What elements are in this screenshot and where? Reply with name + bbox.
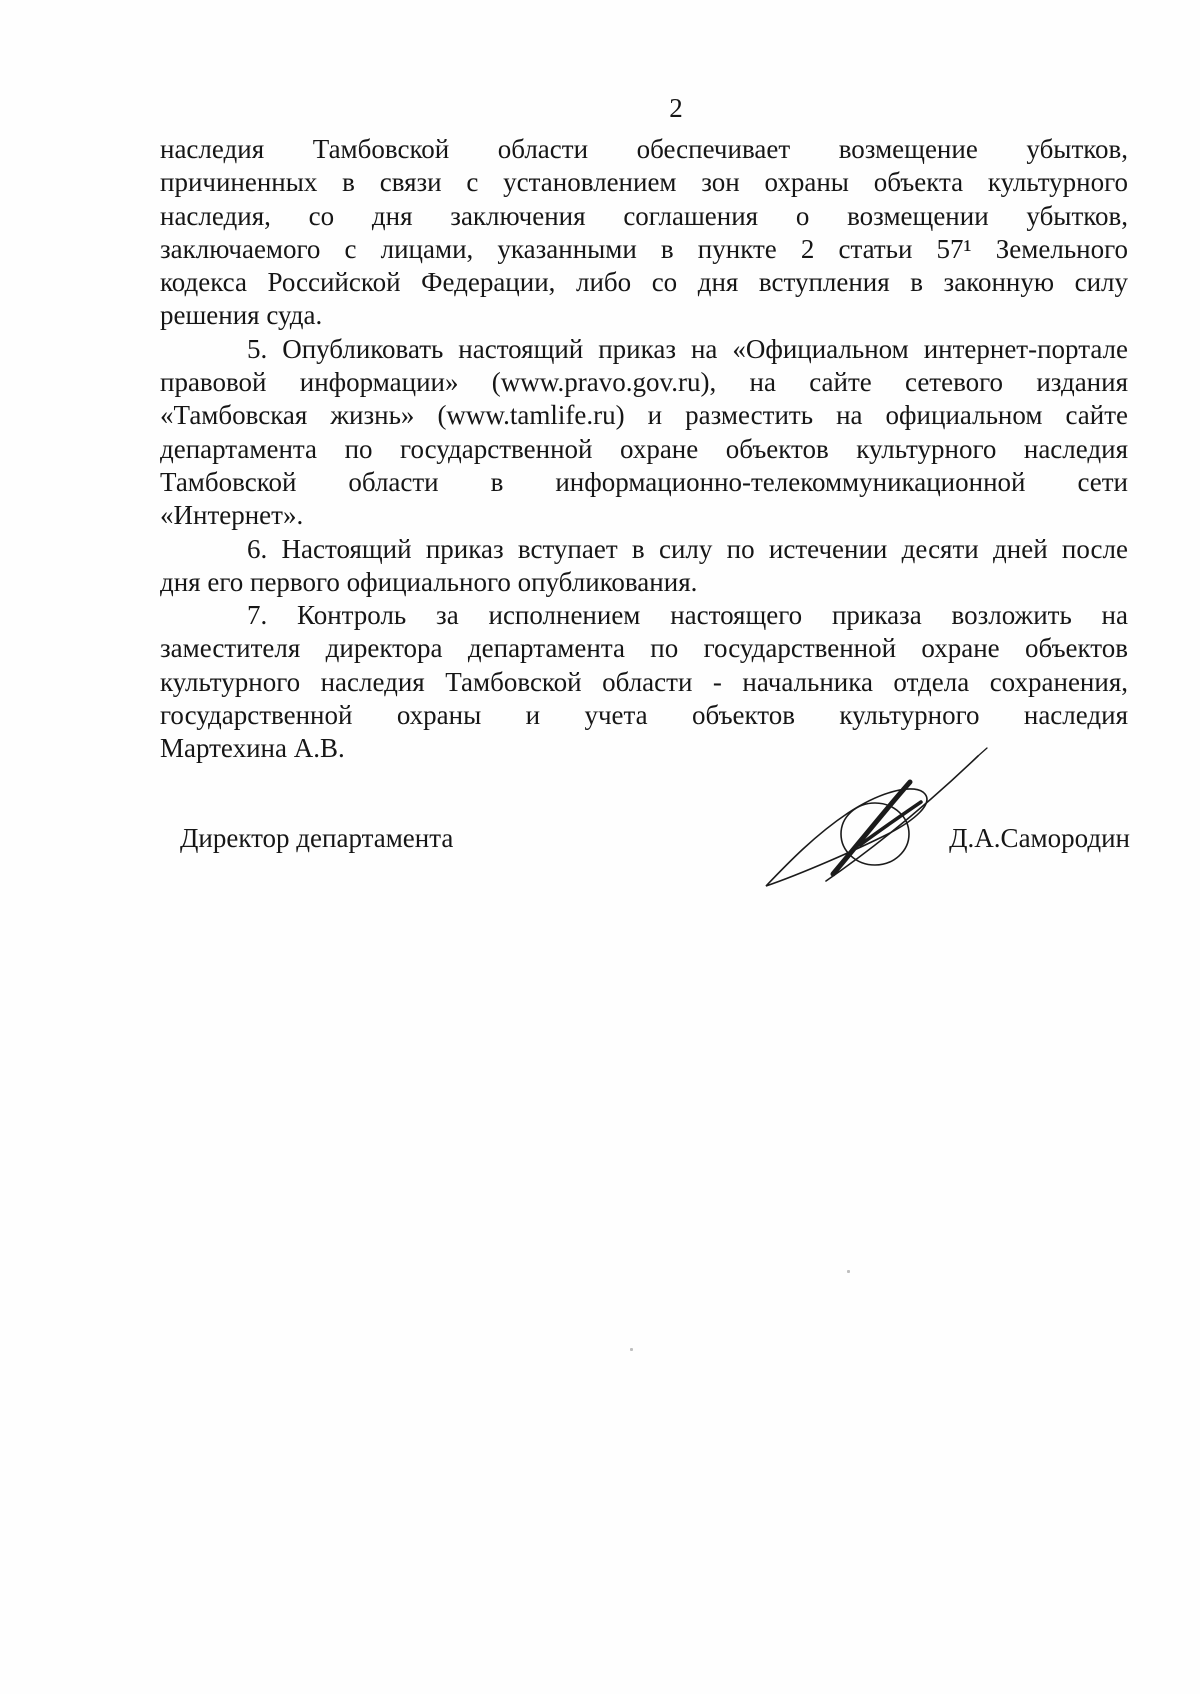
text-line: Тамбовской области в информационно-телек… [160,466,1128,499]
text-line: причиненных в связи с установлением зон … [160,166,1128,199]
text-line: 6. Настоящий приказ вступает в силу по и… [160,533,1128,566]
document-page: 2 наследия Тамбовской области обеспечива… [0,0,1200,1694]
text-line: департамента по государственной охране о… [160,433,1128,466]
signature-title: Директор департамента [180,822,453,855]
text-line: заключаемого с лицами, указанными в пунк… [160,233,1128,266]
page-number: 2 [640,94,712,122]
text-line: наследия, со дня заключения соглашения о… [160,200,1128,233]
text-line: наследия Тамбовской области обеспечивает… [160,133,1128,166]
text-line: 7. Контроль за исполнением настоящего пр… [160,599,1128,632]
text-line: кодекса Российской Федерации, либо со дн… [160,266,1128,299]
text-line: 5. Опубликовать настоящий приказ на «Офи… [160,333,1128,366]
scan-speck [630,1348,633,1351]
text-line: дня его первого официального опубликован… [160,566,1128,599]
text-line: заместителя директора департамента по го… [160,632,1128,665]
text-line: правовой информации» (www.pravo.gov.ru),… [160,366,1128,399]
text-line: «Интернет». [160,499,1128,532]
text-line: «Тамбовская жизнь» (www.tamlife.ru) и ра… [160,399,1128,432]
handwritten-signature-icon [753,693,993,898]
scan-speck [847,1270,850,1273]
text-line: решения суда. [160,299,1128,332]
document-body: наследия Тамбовской области обеспечивает… [160,133,1128,766]
